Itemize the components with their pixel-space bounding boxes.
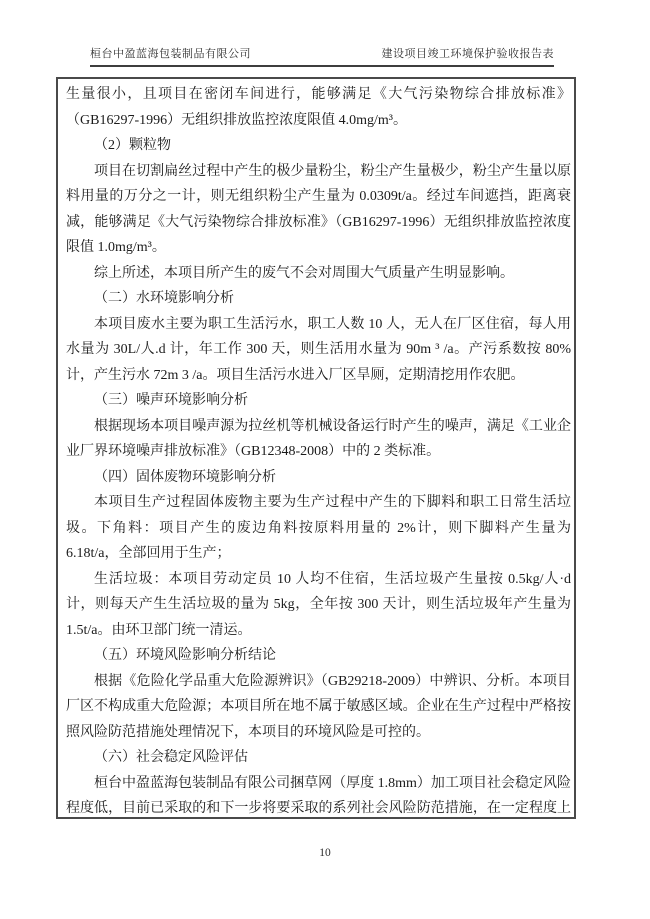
body-paragraph: 桓台中盈蓝海包装制品有限公司捆草网（厚度 1.8mm）加工项目社会稳定风险程度低… bbox=[66, 771, 571, 820]
body-paragraph: 本项目废水主要为职工生活污水，职工人数 10 人，无人在厂区住宿，每人用水量为 … bbox=[66, 312, 571, 389]
body-paragraph: 生活垃圾：本项目劳动定员 10 人均不住宿，生活垃圾产生量按 0.5kg/人·d… bbox=[66, 567, 571, 644]
section-heading: （三）噪声环境影响分析 bbox=[66, 388, 571, 414]
body-paragraph: 综上所述，本项目所产生的废气不会对周围大气质量产生明显影响。 bbox=[66, 261, 571, 287]
report-content-cell: 生量很小，且项目在密闭车间进行，能够满足《大气污染物综合排放标准》（GB1629… bbox=[56, 77, 576, 819]
page-header: 桓台中盈蓝海包装制品有限公司 建设项目竣工环境保护验收报告表 bbox=[90, 45, 554, 67]
body-paragraph: 根据现场本项目噪声源为拉丝机等机械设备运行时产生的噪声，满足《工业企业厂界环境噪… bbox=[66, 414, 571, 465]
body-paragraph: 根据《危险化学品重大危险源辨识》（GB29218-2009）中辨识、分析。本项目… bbox=[66, 669, 571, 746]
section-heading: （六）社会稳定风险评估 bbox=[66, 745, 571, 771]
body-paragraph: 项目在切割扁丝过程中产生的极少量粉尘，粉尘产生量极少，粉尘产生量以原料用量的万分… bbox=[66, 159, 571, 261]
body-paragraph-continued: 生量很小，且项目在密闭车间进行，能够满足《大气污染物综合排放标准》（GB1629… bbox=[66, 82, 571, 133]
section-heading: （四）固体废物环境影响分析 bbox=[66, 465, 571, 491]
body-paragraph: 本项目生产过程固体废物主要为生产过程中产生的下脚料和职工日常生活垃圾。下角料：项… bbox=[66, 490, 571, 567]
header-company-name: 桓台中盈蓝海包装制品有限公司 bbox=[90, 45, 251, 61]
section-heading: （2）颗粒物 bbox=[66, 133, 571, 159]
header-report-title: 建设项目竣工环境保护验收报告表 bbox=[382, 45, 555, 61]
section-heading: （二）水环境影响分析 bbox=[66, 286, 571, 312]
document-page: 桓台中盈蓝海包装制品有限公司 建设项目竣工环境保护验收报告表 生量很小，且项目在… bbox=[0, 0, 650, 919]
section-heading: （五）环境风险影响分析结论 bbox=[66, 643, 571, 669]
page-number: 10 bbox=[0, 847, 650, 859]
